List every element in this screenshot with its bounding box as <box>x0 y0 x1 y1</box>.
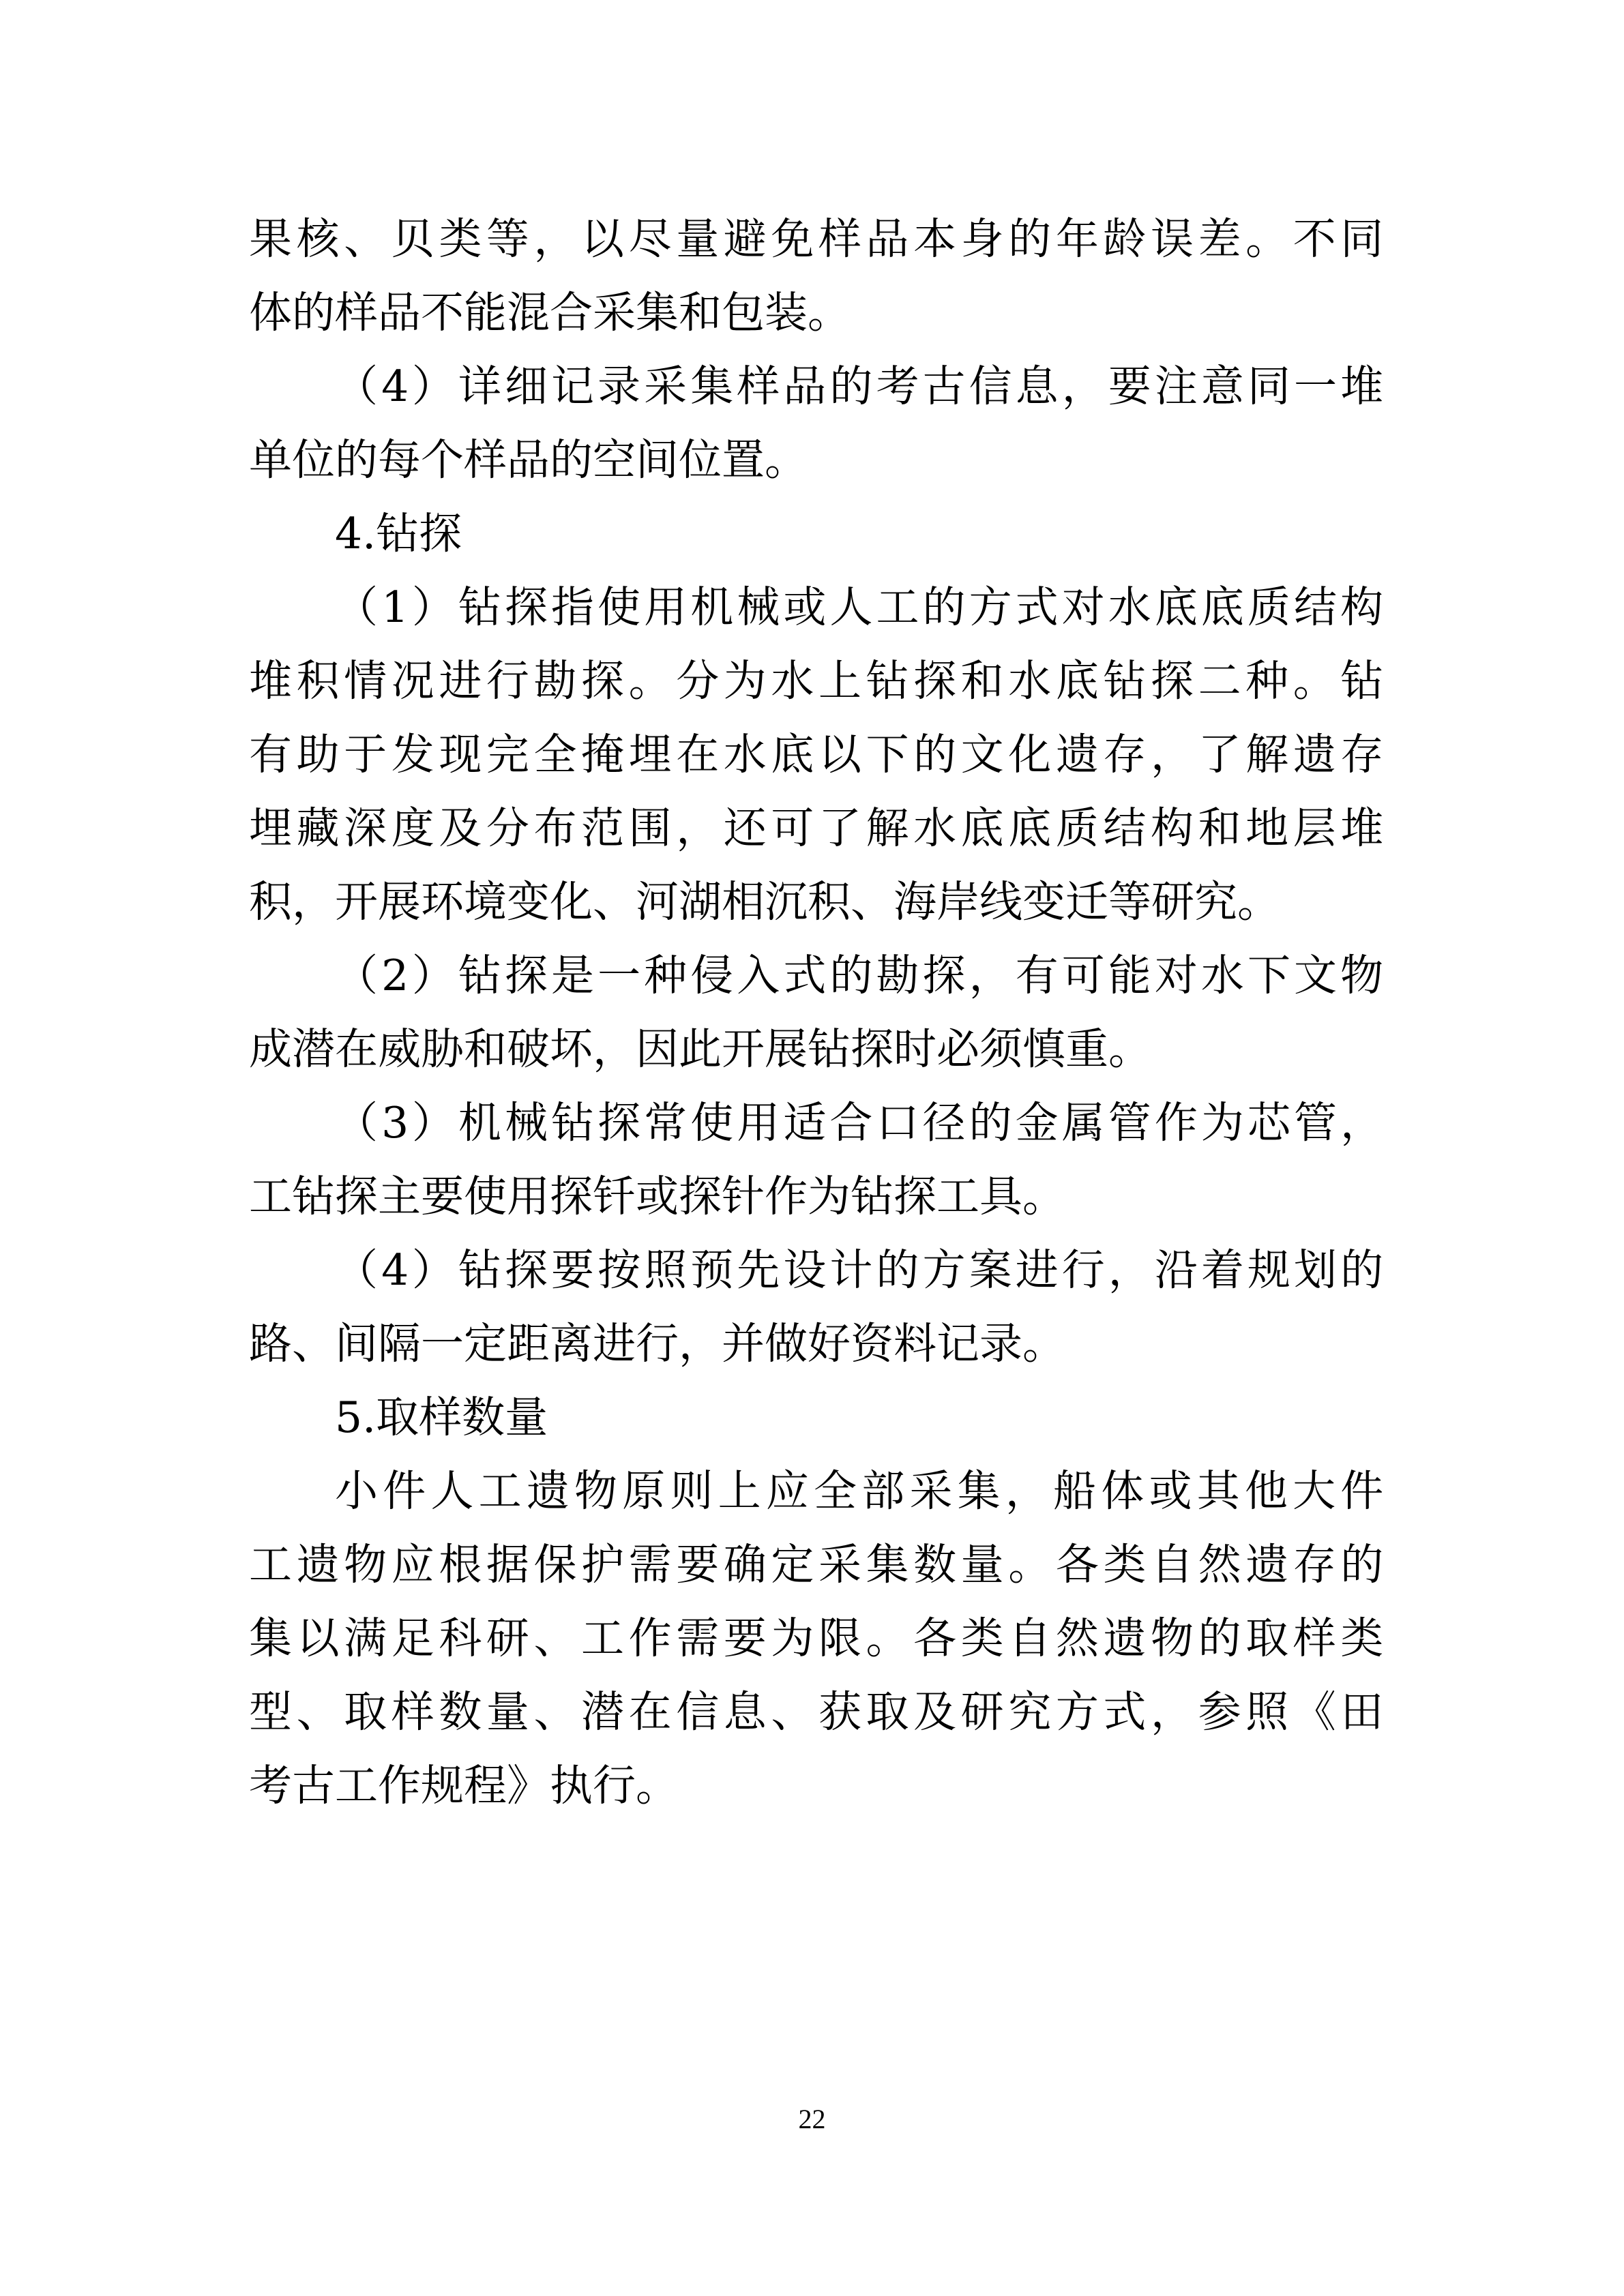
text-line: （ 4 ） 详 细 记 录 采 集 样 品 的 考 古 信 息 ， 要 注 意 … <box>249 350 1383 423</box>
section-heading-drilling: 4.钻探 <box>249 497 1383 571</box>
text-line: （ 4 ） 钻 探 要 按 照 预 先 设 计 的 方 案 进 行 ， 沿 着 … <box>249 1234 1383 1307</box>
section-heading-sample-quantity: 5.取样数量 <box>249 1381 1383 1455</box>
text-line: （ 3 ） 机 械 钻 探 常 使 用 适 合 口 径 的 金 属 管 作 为 … <box>249 1086 1383 1160</box>
text-line: 果 核 、 贝 类 等 ， 以 尽 量 避 免 样 品 本 身 的 年 龄 误 … <box>249 203 1383 276</box>
text-line: 工钻探主要使用探钎或探针作为钻探工具。 <box>249 1160 1383 1234</box>
text-line: 小 件 人 工 遗 物 原 则 上 应 全 部 采 集 ， 船 体 或 其 他 … <box>249 1455 1383 1528</box>
page-number: 22 <box>0 2104 1624 2134</box>
text-line: 体的样品不能混合采集和包装。 <box>249 276 1383 350</box>
text-line: 考古工作规程》执行。 <box>249 1749 1383 1823</box>
text-line: 集 以 满 足 科 研 、 工 作 需 要 为 限 。 各 类 自 然 遗 物 … <box>249 1602 1383 1675</box>
text-line: 型 、 取 样 数 量 、 潜 在 信 息 、 获 取 及 研 究 方 式 ， … <box>249 1675 1383 1749</box>
text-line: 单位的每个样品的空间位置。 <box>249 423 1383 497</box>
text-line: （ 1 ） 钻 探 指 使 用 机 械 或 人 工 的 方 式 对 水 底 底 … <box>249 571 1383 644</box>
text-line: 堆 积 情 况 进 行 勘 探 。 分 为 水 上 钻 探 和 水 底 钻 探 … <box>249 644 1383 718</box>
text-line: 积，开展环境变化、河湖相沉积、海岸线变迁等研究。 <box>249 865 1383 939</box>
text-line: （ 2 ） 钻 探 是 一 种 侵 入 式 的 勘 探 ， 有 可 能 对 水 … <box>249 939 1383 1013</box>
text-line: 路、间隔一定距离进行，并做好资料记录。 <box>249 1307 1383 1381</box>
body-text: 果 核 、 贝 类 等 ， 以 尽 量 避 免 样 品 本 身 的 年 龄 误 … <box>249 203 1383 1823</box>
text-line: 埋 藏 深 度 及 分 布 范 围 ， 还 可 了 解 水 底 底 质 结 构 … <box>249 792 1383 865</box>
text-line: 有 助 于 发 现 完 全 掩 埋 在 水 底 以 下 的 文 化 遗 存 ， … <box>249 718 1383 792</box>
document-page: 果 核 、 贝 类 等 ， 以 尽 量 避 免 样 品 本 身 的 年 龄 误 … <box>0 0 1624 2296</box>
text-line: 工 遗 物 应 根 据 保 护 需 要 确 定 采 集 数 量 。 各 类 自 … <box>249 1528 1383 1602</box>
text-line: 成潜在威胁和破坏，因此开展钻探时必须慎重。 <box>249 1013 1383 1086</box>
